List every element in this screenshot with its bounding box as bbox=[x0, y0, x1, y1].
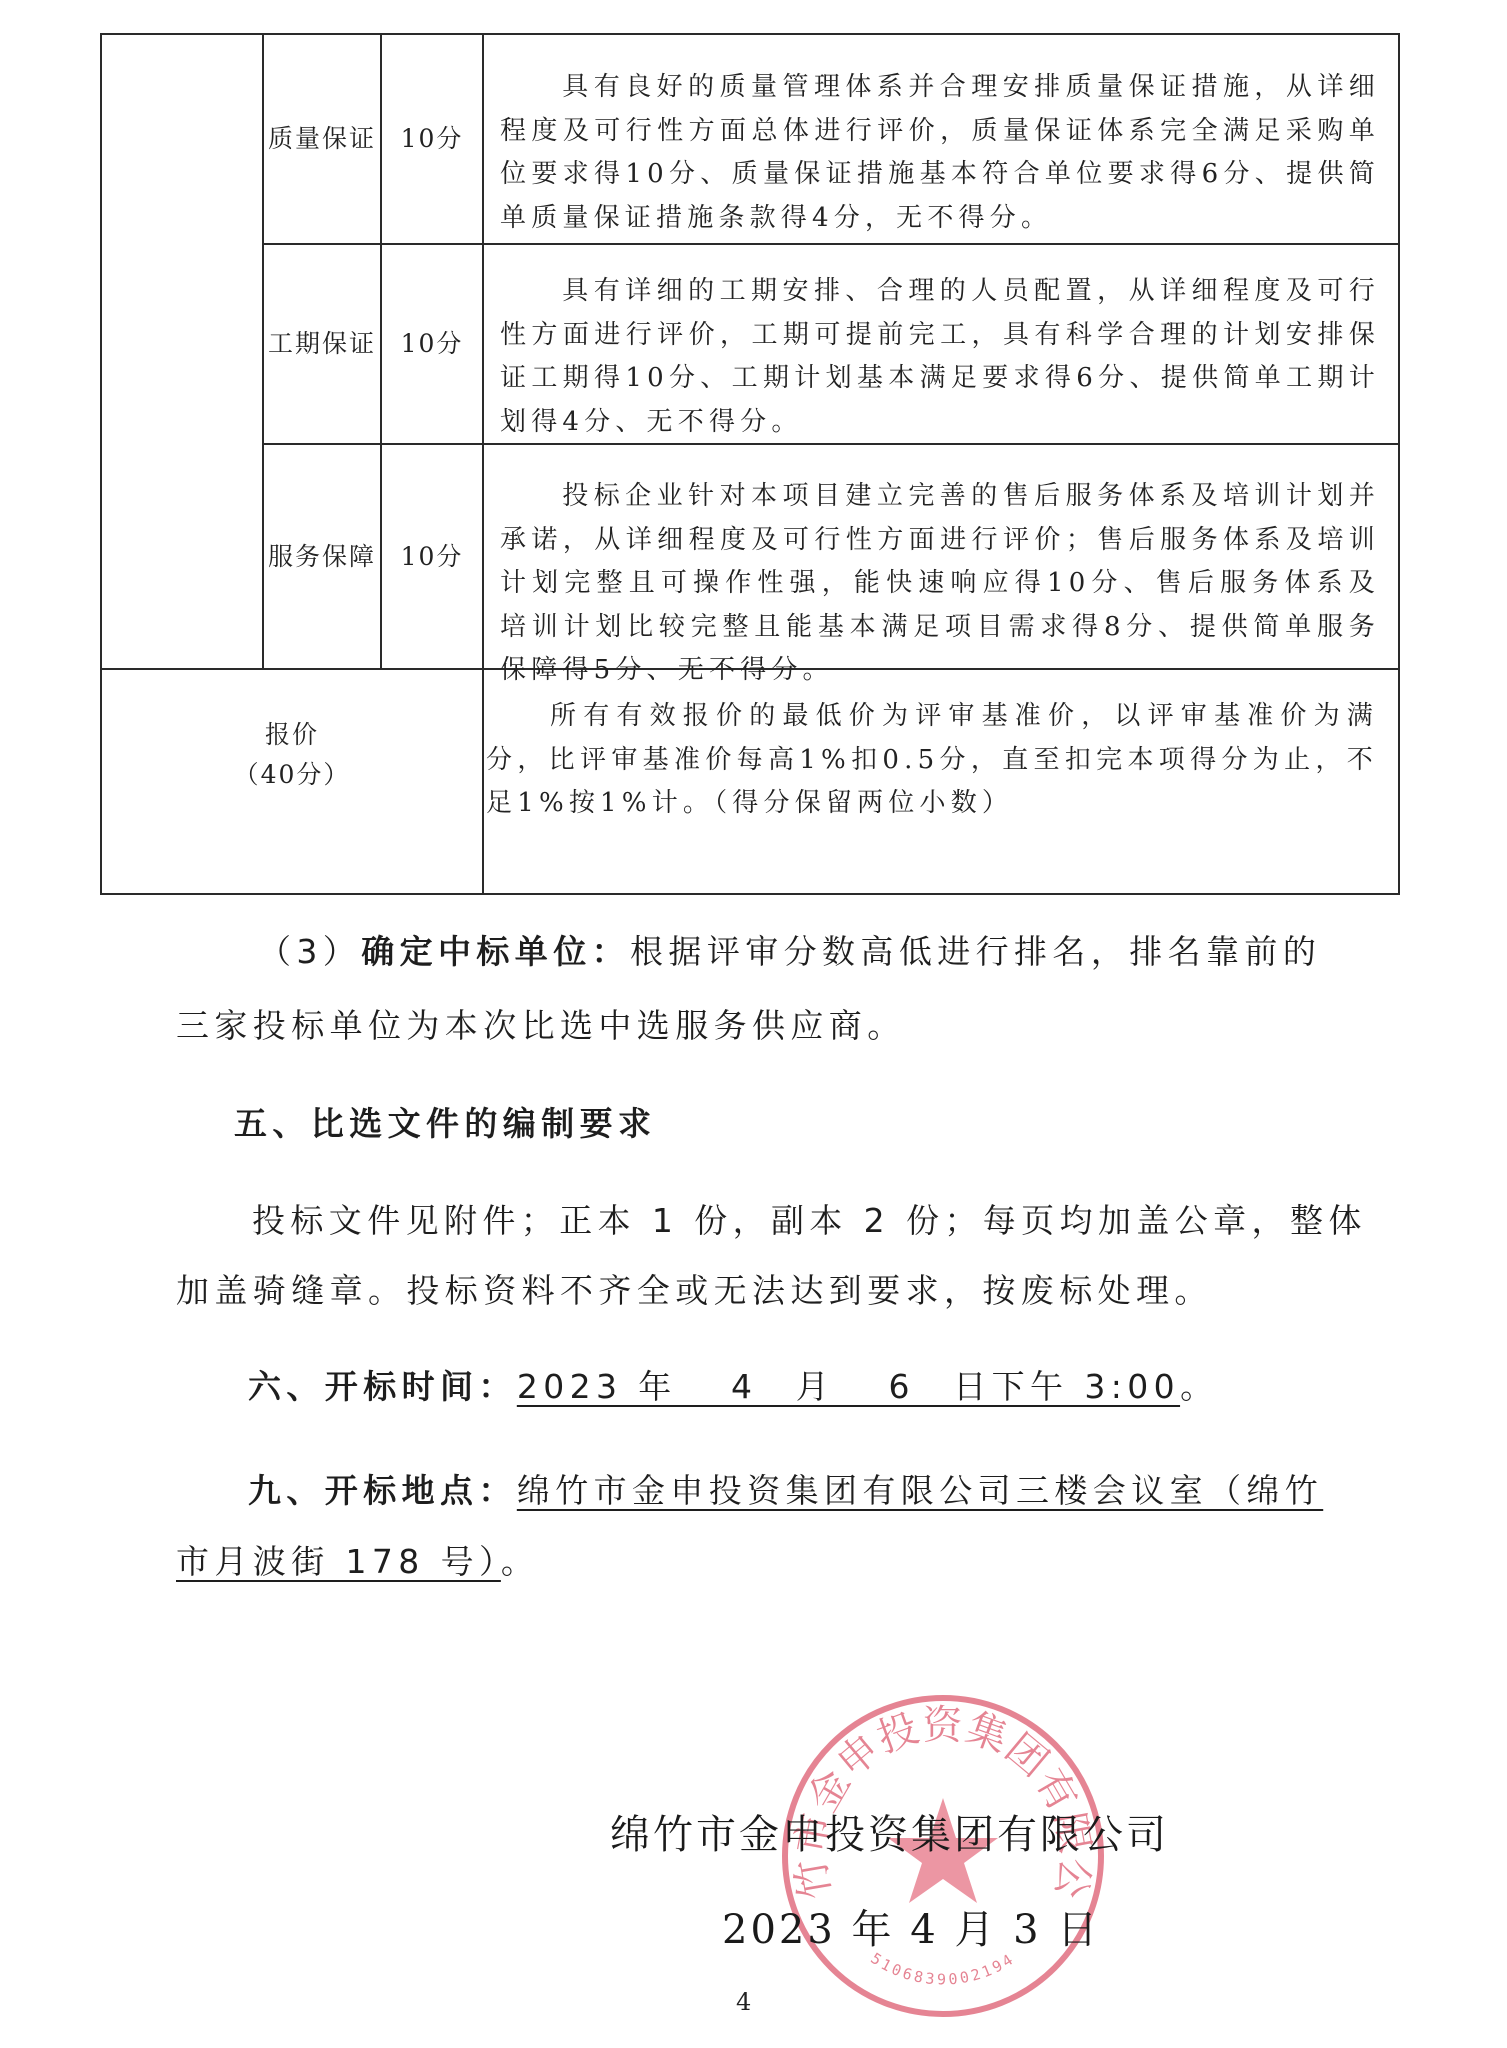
company-name: 绵竹市金申投资集团有限公司 bbox=[610, 1812, 1169, 1858]
item-price: 报价 （40分） bbox=[102, 705, 482, 805]
winner-paragraph-line2: 三家投标单位为本次比选中选服务供应商。 bbox=[176, 1000, 906, 1047]
winner-text-2: 三家投标单位为本次比选中选服务供应商。 bbox=[176, 1006, 906, 1045]
score-schedule: 10分 bbox=[382, 245, 482, 443]
criteria-text: 所有有效报价的最低价为评审基准价，以评审基准价为满分，比评审基准价每高1%扣0.… bbox=[486, 701, 1378, 818]
opening-time-heading: 六、开标时间： bbox=[248, 1367, 517, 1406]
price-label: 报价 bbox=[265, 715, 319, 755]
score-service: 10分 bbox=[382, 445, 482, 668]
section-heading-requirements: 五、比选文件的编制要求 bbox=[234, 1098, 656, 1145]
requirements-line1: 投标文件见附件；正本 1 份，副本 2 份；每页均加盖公章，整体 bbox=[252, 1195, 1367, 1242]
item-schedule: 工期保证 bbox=[264, 245, 380, 443]
price-score: （40分） bbox=[234, 755, 351, 795]
item-label: 服务保障 bbox=[268, 537, 376, 577]
winner-paragraph-line1: （3）确定中标单位：根据评审分数高低进行排名，排名靠前的 bbox=[258, 926, 1321, 973]
criteria-text: 具有详细的工期安排、合理的人员配置，从详细程度及可行性方面进行评价，工期可提前完… bbox=[500, 276, 1380, 437]
score-value: 10分 bbox=[401, 119, 464, 159]
opening-time-suffix: 。 bbox=[1180, 1367, 1218, 1406]
criteria-service: 投标企业针对本项目建立完善的售后服务体系及培训计划并承诺，从详细程度及可行性方面… bbox=[500, 475, 1380, 693]
opening-time-value: 2023 年 4 月 6 日下午 3:00 bbox=[517, 1367, 1180, 1406]
column-divider bbox=[482, 33, 484, 895]
opening-place-value-2: 市月波街 178 号） bbox=[176, 1542, 501, 1581]
opening-time: 六、开标时间：2023 年 4 月 6 日下午 3:00。 bbox=[248, 1361, 1218, 1408]
page-number-text: 4 bbox=[736, 1988, 751, 2016]
winner-text: 根据评审分数高低进行排名，排名靠前的 bbox=[630, 932, 1321, 971]
winner-prefix: （3） bbox=[258, 932, 361, 971]
opening-place-value: 绵竹市金申投资集团有限公司三楼会议室（绵竹 bbox=[517, 1471, 1323, 1510]
opening-place-line1: 九、开标地点：绵竹市金申投资集团有限公司三楼会议室（绵竹 bbox=[248, 1465, 1323, 1512]
score-value: 10分 bbox=[401, 537, 464, 577]
requirements-text-2: 加盖骑缝章。投标资料不齐全或无法达到要求，按废标处理。 bbox=[176, 1271, 1213, 1310]
requirements-text: 投标文件见附件；正本 1 份，副本 2 份；每页均加盖公章，整体 bbox=[252, 1201, 1367, 1240]
item-service: 服务保障 bbox=[264, 445, 380, 668]
svg-text:绵竹市金申投资集团有限公司: 绵竹市金申投资集团有限公司 bbox=[780, 1693, 1098, 1903]
table-border-right bbox=[1398, 33, 1400, 895]
criteria-quality: 具有良好的质量管理体系并合理安排质量保证措施，从详细程度及可行性方面总体进行评价… bbox=[500, 66, 1380, 240]
requirements-line2: 加盖骑缝章。投标资料不齐全或无法达到要求，按废标处理。 bbox=[176, 1265, 1213, 1312]
signature-company: 绵竹市金申投资集团有限公司 bbox=[610, 1803, 1169, 1860]
scoring-table: 质量保证 10分 具有良好的质量管理体系并合理安排质量保证措施，从详细程度及可行… bbox=[100, 33, 1400, 895]
score-value: 10分 bbox=[401, 324, 464, 364]
date-text: 2023 年 4 月 3 日 bbox=[722, 1907, 1100, 1953]
opening-place-line2: 市月波街 178 号）。 bbox=[176, 1536, 539, 1583]
opening-place-suffix: 。 bbox=[501, 1542, 539, 1581]
criteria-price: 所有有效报价的最低价为评审基准价，以评审基准价为满分，比评审基准价每高1%扣0.… bbox=[486, 695, 1378, 826]
criteria-schedule: 具有详细的工期安排、合理的人员配置，从详细程度及可行性方面进行评价，工期可提前完… bbox=[500, 270, 1380, 444]
heading-text: 五、比选文件的编制要求 bbox=[234, 1104, 656, 1143]
winner-heading: 确定中标单位： bbox=[361, 932, 630, 971]
item-label: 质量保证 bbox=[268, 119, 376, 159]
item-quality: 质量保证 bbox=[264, 35, 380, 243]
table-border-bottom bbox=[100, 893, 1400, 895]
svg-text:5106839002194: 5106839002194 bbox=[867, 1949, 1018, 1988]
score-quality: 10分 bbox=[382, 35, 482, 243]
criteria-text: 投标企业针对本项目建立完善的售后服务体系及培训计划并承诺，从详细程度及可行性方面… bbox=[500, 481, 1380, 685]
item-label: 工期保证 bbox=[268, 324, 376, 364]
signature-date: 2023 年 4 月 3 日 bbox=[722, 1898, 1100, 1955]
opening-place-heading: 九、开标地点： bbox=[248, 1471, 517, 1510]
criteria-text: 具有良好的质量管理体系并合理安排质量保证措施，从详细程度及可行性方面总体进行评价… bbox=[500, 72, 1380, 233]
page-number: 4 bbox=[736, 1988, 751, 2016]
